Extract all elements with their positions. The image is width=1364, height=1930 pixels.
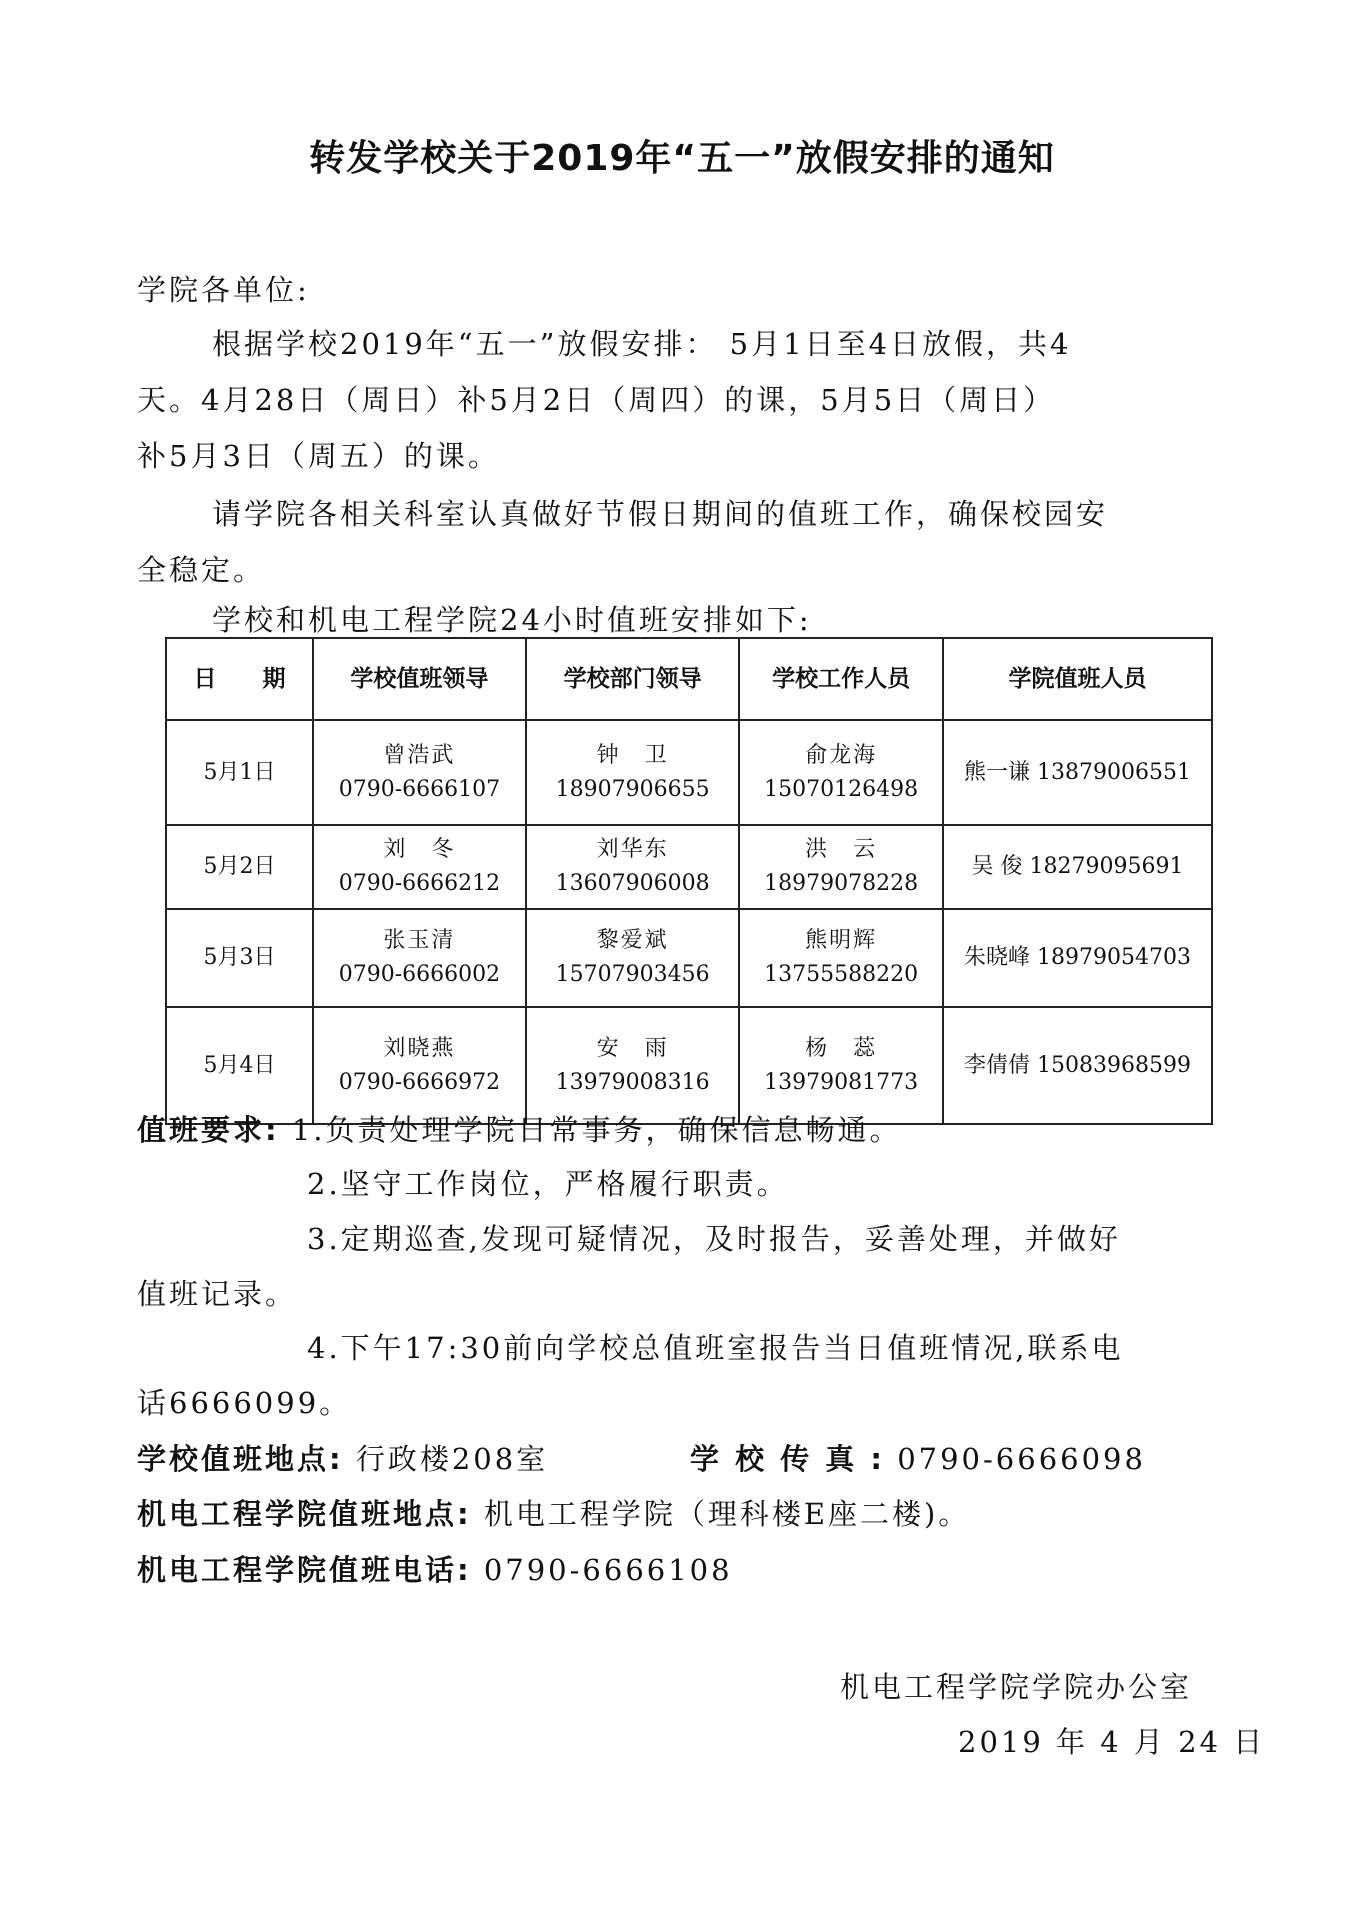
table-row: 5月1日 曾浩武0790-6666107 钟 卫18907906655 俞龙海1… [166,720,1212,825]
requirements-line: 值班要求: 1.负责处理学院日常事务，确保信息畅通。 [137,1108,902,1149]
paragraph-line: 补5月3日（周五）的课。 [137,434,500,475]
date-cell: 5月4日 [166,1007,313,1124]
header-school-duty-leader: 学校值班领导 [313,638,526,720]
paragraph-line: 根据学校2019年“五一”放假安排： 5月1日至4日放假，共4 [212,322,1071,363]
dept-cell: 安 雨13979008316 [526,1007,739,1124]
leader-cell: 曾浩武0790-6666107 [313,720,526,825]
table-header-row: 日 期 学校值班领导 学校部门领导 学校工作人员 学院值班人员 [166,638,1212,720]
table-row: 5月3日 张玉清0790-6666002 黎爱斌15707903456 熊明辉1… [166,909,1212,1007]
school-fax-line: 学 校 传 真 : 0790-6666098 [690,1437,1146,1478]
college-cell: 朱晓峰 18979054703 [943,909,1212,1007]
staff-cell: 洪 云18979078228 [739,825,943,909]
date-cell: 5月2日 [166,825,313,909]
header-school-staff: 学校工作人员 [739,638,943,720]
dept-cell: 刘华东13607906008 [526,825,739,909]
dept-cell: 钟 卫18907906655 [526,720,739,825]
leader-cell: 刘晓燕0790-6666972 [313,1007,526,1124]
school-location-line: 学校值班地点: 行政楼208室 [137,1437,548,1478]
header-college-duty-staff: 学院值班人员 [943,638,1212,720]
college-location-label: 机电工程学院值班地点: [137,1497,472,1531]
table-row: 5月2日 刘 冬0790-6666212 刘华东13607906008 洪 云1… [166,825,1212,909]
school-location-label: 学校值班地点: [137,1442,344,1476]
requirements-label: 值班要求: [137,1113,280,1147]
college-location-line: 机电工程学院值班地点: 机电工程学院（理科楼E座二楼)。 [137,1492,970,1533]
requirement-item: 3.定期巡查,发现可疑情况，及时报告，妥善处理，并做好 [307,1217,1121,1258]
leader-cell: 张玉清0790-6666002 [313,909,526,1007]
salutation: 学院各单位: [137,268,310,309]
dept-cell: 黎爱斌15707903456 [526,909,739,1007]
paragraph-line: 全稳定。 [137,548,265,589]
duty-schedule-table: 日 期 学校值班领导 学校部门领导 学校工作人员 学院值班人员 5月1日 曾浩武… [165,637,1213,1125]
paragraph-line: 请学院各相关科室认真做好节假日期间的值班工作，确保校园安 [212,492,1108,533]
header-date: 日 期 [166,638,313,720]
college-cell: 熊一谦 13879006551 [943,720,1212,825]
staff-cell: 熊明辉13755588220 [739,909,943,1007]
college-location-value: 机电工程学院（理科楼E座二楼)。 [484,1497,970,1531]
leader-cell: 刘 冬0790-6666212 [313,825,526,909]
requirement-item: 值班记录。 [137,1272,297,1313]
school-fax-value: 0790-6666098 [897,1442,1146,1476]
requirement-item: 话6666099。 [137,1381,351,1422]
staff-cell: 俞龙海15070126498 [739,720,943,825]
date-cell: 5月1日 [166,720,313,825]
college-cell: 吴 俊 18279095691 [943,825,1212,909]
college-phone-value: 0790-6666108 [484,1553,733,1587]
header-school-dept-leader: 学校部门领导 [526,638,739,720]
table-row: 5月4日 刘晓燕0790-6666972 安 雨13979008316 杨 蕊1… [166,1007,1212,1124]
school-location-value: 行政楼208室 [356,1442,548,1476]
college-phone-label: 机电工程学院值班电话: [137,1553,472,1587]
document-title: 转发学校关于2019年“五一”放假安排的通知 [0,130,1364,181]
college-phone-line: 机电工程学院值班电话: 0790-6666108 [137,1548,733,1589]
requirement-item: 1.负责处理学院日常事务，确保信息畅通。 [292,1113,902,1147]
staff-cell: 杨 蕊13979081773 [739,1007,943,1124]
requirement-item: 2.坚守工作岗位，严格履行职责。 [307,1162,789,1203]
college-cell: 李倩倩 15083968599 [943,1007,1212,1124]
paragraph-line: 天。4月28日（周日）补5月2日（周四）的课，5月5日（周日） [137,378,1055,419]
signature-office: 机电工程学院学院办公室 [840,1665,1192,1706]
requirement-item: 4.下午17:30前向学校总值班室报告当日值班情况,联系电 [307,1326,1123,1367]
school-fax-label: 学 校 传 真 : [690,1442,885,1476]
date-cell: 5月3日 [166,909,313,1007]
signature-date: 2019 年 4 月 24 日 [958,1720,1265,1761]
paragraph-line: 学校和机电工程学院24小时值班安排如下: [212,598,812,639]
